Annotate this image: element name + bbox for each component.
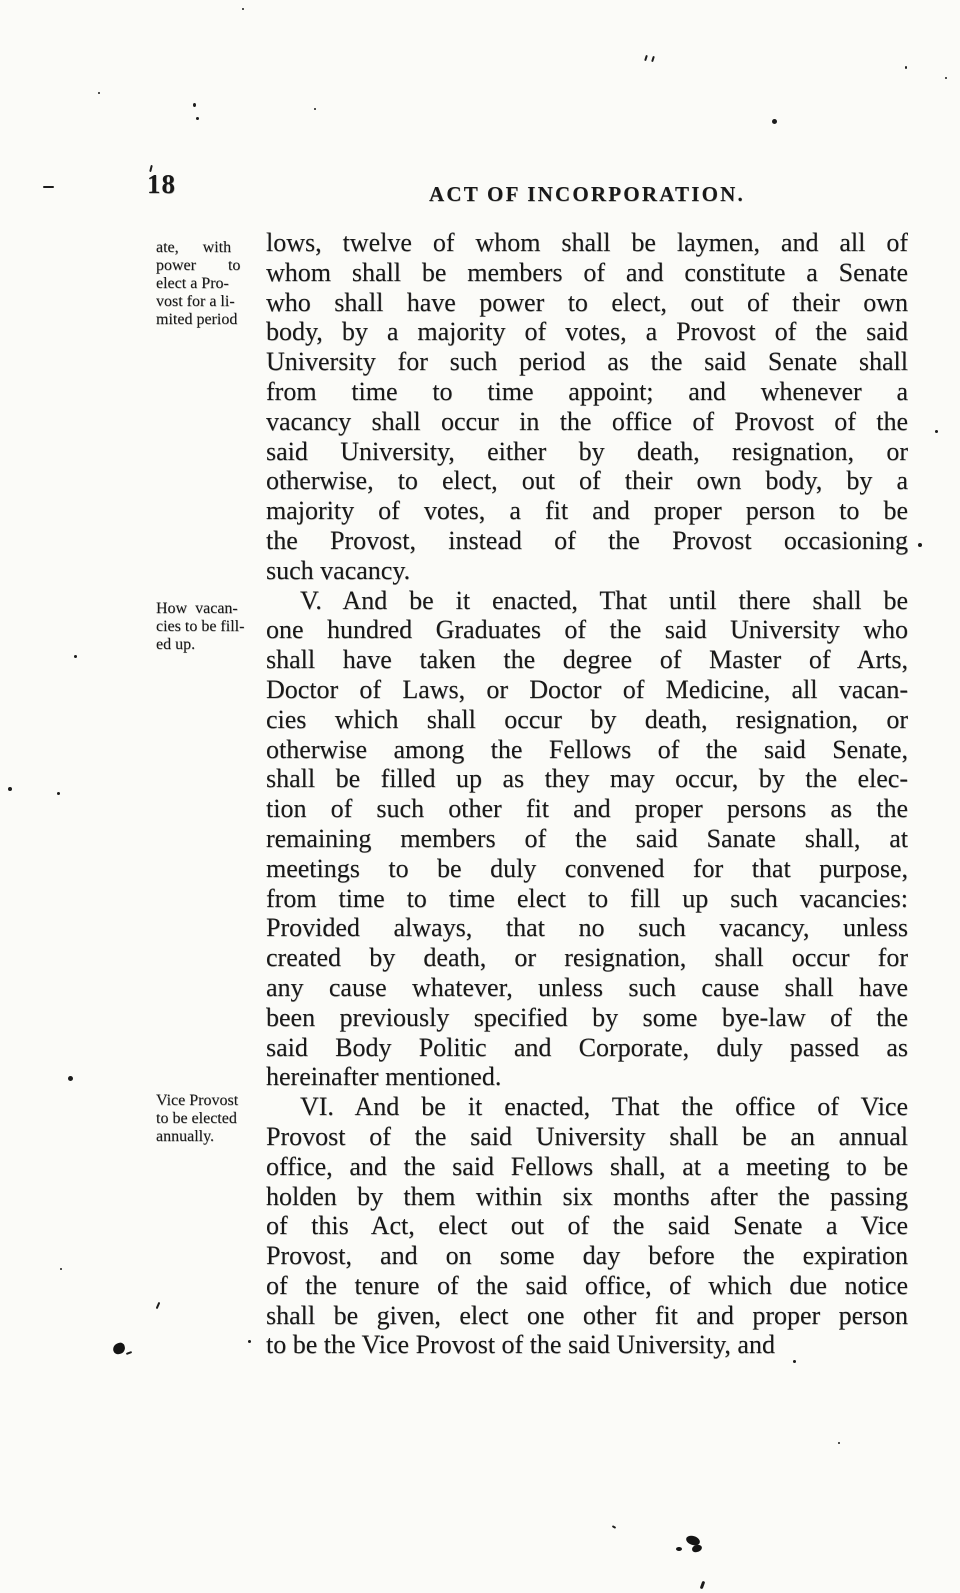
note-line: power to: [156, 257, 270, 275]
ink-blot: [112, 1342, 126, 1356]
note-line: elect a Pro-: [156, 275, 270, 293]
text-line: majority of votes, a fit and proper pers…: [266, 496, 908, 526]
text-line: Provided always, that no such vacancy, u…: [266, 913, 908, 943]
margin-note-how-vacancies-filled: How vacan- cies to be fill- ed up.: [156, 600, 270, 654]
text-line: tion of such other fit and proper person…: [266, 794, 908, 824]
text-line: Doctor of Laws, or Doctor of Medicine, a…: [266, 675, 908, 705]
scan-speck: [793, 1360, 796, 1363]
scan-speck: [193, 103, 196, 107]
note-line: mited period: [156, 311, 270, 329]
text-line: office, and the said Fellows shall, at a…: [266, 1152, 908, 1182]
scan-speck: [314, 108, 316, 110]
text-line: shall be filled up as they may occur, by…: [266, 764, 908, 794]
text-line-section-vi: VI. And be it enacted, That the office o…: [266, 1092, 908, 1122]
note-line: Vice Provost: [156, 1092, 270, 1110]
text-line: vacancy shall occur in the office of Pro…: [266, 407, 908, 437]
note-line: How vacan-: [156, 600, 270, 618]
margin-note-vice-provost-annual: Vice Provost to be elected annually.: [156, 1092, 270, 1146]
note-line: cies to be fill-: [156, 618, 270, 636]
scan-speck: [248, 1340, 251, 1343]
text-line: any cause whatever, unless such cause sh…: [266, 973, 908, 1003]
text-line: from time to time appoint; and whenever …: [266, 377, 908, 407]
text-line: whom shall be members of and constitute …: [266, 258, 908, 288]
scan-speck: [905, 66, 907, 69]
text-line-section-v: V. And be it enacted, That until there s…: [266, 586, 908, 616]
note-line: ed up.: [156, 636, 270, 654]
scanned-document-page: 18 ACT OF INCORPORATION. ate, with power…: [0, 0, 960, 1593]
body-text-column: lows, twelve of whom shall be laymen, an…: [266, 228, 908, 1360]
text-line: hereinafter mentioned.: [266, 1062, 908, 1092]
scan-speck: [945, 77, 947, 79]
text-line: said Body Politic and Corporate, duly pa…: [266, 1033, 908, 1063]
text-line: body, by a majority of votes, a Provost …: [266, 317, 908, 347]
scan-speck: [772, 119, 777, 124]
text-line: such vacancy.: [266, 556, 908, 586]
scan-quote-mark: [644, 55, 648, 61]
scan-speck: [60, 1268, 62, 1270]
text-line: of this Act, elect out of the said Senat…: [266, 1211, 908, 1241]
scan-comma-mark: [156, 1302, 161, 1309]
text-line: shall be given, elect one other fit and …: [266, 1301, 908, 1331]
text-line: who shall have power to elect, out of th…: [266, 288, 908, 318]
scan-dash: [43, 186, 54, 188]
text-line: otherwise among the Fellows of the said …: [266, 735, 908, 765]
scan-quote-mark: [651, 56, 655, 62]
note-line: annually.: [156, 1128, 270, 1146]
scan-comma-mark: [700, 1581, 706, 1590]
text-line: the Provost, instead of the Provost occa…: [266, 526, 908, 556]
scan-tick: [612, 1525, 616, 1529]
margin-note-power-to-elect-provost: ate, with power to elect a Pro- vost for…: [156, 239, 270, 329]
scan-speck: [838, 1442, 840, 1444]
text-line: lows, twelve of whom shall be laymen, an…: [266, 228, 908, 258]
text-line: from time to time elect to fill up such …: [266, 884, 908, 914]
page-number: 18: [147, 169, 176, 200]
text-line: otherwise, to elect, out of their own bo…: [266, 466, 908, 496]
scan-speck: [8, 787, 12, 791]
scan-speck: [57, 792, 60, 795]
running-header: ACT OF INCORPORATION.: [266, 182, 908, 207]
text-line: been previously specified by some bye-la…: [266, 1003, 908, 1033]
text-line: one hundred Graduates of the said Univer…: [266, 615, 908, 645]
text-line: Provost of the said University shall be …: [266, 1122, 908, 1152]
text-line: to be the Vice Provost of the said Unive…: [266, 1330, 908, 1360]
scan-speck: [242, 8, 244, 10]
text-line: of the tenure of the said office, of whi…: [266, 1271, 908, 1301]
text-line: Provost, and on some day before the expi…: [266, 1241, 908, 1271]
scan-speck: [74, 655, 77, 658]
scan-speck: [68, 1076, 73, 1081]
text-line: shall have taken the degree of Master of…: [266, 645, 908, 675]
text-line: cies which shall occur by death, resigna…: [266, 705, 908, 735]
scan-speck: [935, 430, 938, 433]
text-line: meetings to be duly convened for that pu…: [266, 854, 908, 884]
note-line: vost for a li-: [156, 293, 270, 311]
scan-speck: [918, 543, 922, 547]
text-line: said University, either by death, resign…: [266, 437, 908, 467]
text-line: remaining members of the said Sanate sha…: [266, 824, 908, 854]
note-line: to be elected: [156, 1110, 270, 1128]
scan-speck: [196, 117, 199, 120]
note-line: ate, with: [156, 239, 270, 257]
text-line: University for such period as the said S…: [266, 347, 908, 377]
ink-blot-tail: [126, 1351, 132, 1355]
scan-speck: [98, 92, 100, 94]
text-line: holden by them within six months after t…: [266, 1182, 908, 1212]
text-line: created by death, or resignation, shall …: [266, 943, 908, 973]
ink-blot: [676, 1547, 682, 1551]
ink-blot: [692, 1544, 703, 1552]
